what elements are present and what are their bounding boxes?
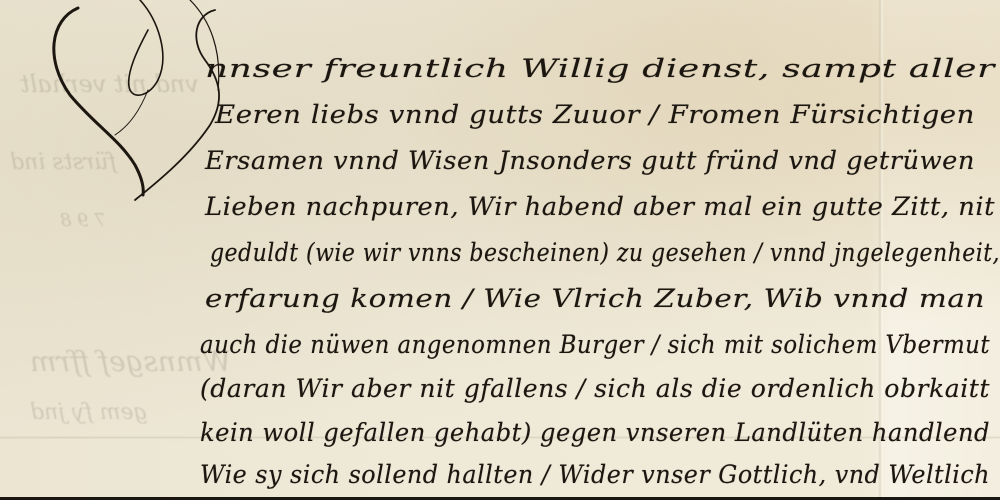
manuscript-line: nnser freuntlich Willig dienst, sampt al… [205, 54, 995, 83]
manuscript-line: Eeren liebs vnnd gutts Zuuor / Fromen Fü… [215, 100, 975, 129]
manuscript-line: auch die nüwen angenomnen Burger / sich … [200, 330, 990, 359]
manuscript-page: vnd nit verhalt fürsts ind 7 9 8 Wmnsgef… [0, 0, 1000, 500]
manuscript-line: geduldt (wie wir vnns bescheinen) zu ges… [210, 238, 1000, 267]
bleed-through-text: 7 9 8 [60, 210, 106, 231]
bleed-through-text: gem fy jnd [30, 400, 148, 425]
decorative-initial-v-icon [40, 0, 240, 210]
manuscript-line: Lieben nachpuren, Wir habend aber mal ei… [205, 192, 995, 221]
manuscript-line: Wie sy sich sollend hallten / Wider vnse… [200, 460, 990, 489]
manuscript-line: Ersamen vnnd Wisen Jnsonders gutt fründ … [205, 146, 975, 175]
manuscript-line: erfarung komen / Wie Vlrich Zuber, Wib v… [205, 284, 985, 313]
manuscript-line: kein woll gefallen gehabt) gegen vnseren… [200, 418, 990, 447]
manuscript-line: (daran Wir aber nit gfallens / sich als … [200, 374, 990, 403]
